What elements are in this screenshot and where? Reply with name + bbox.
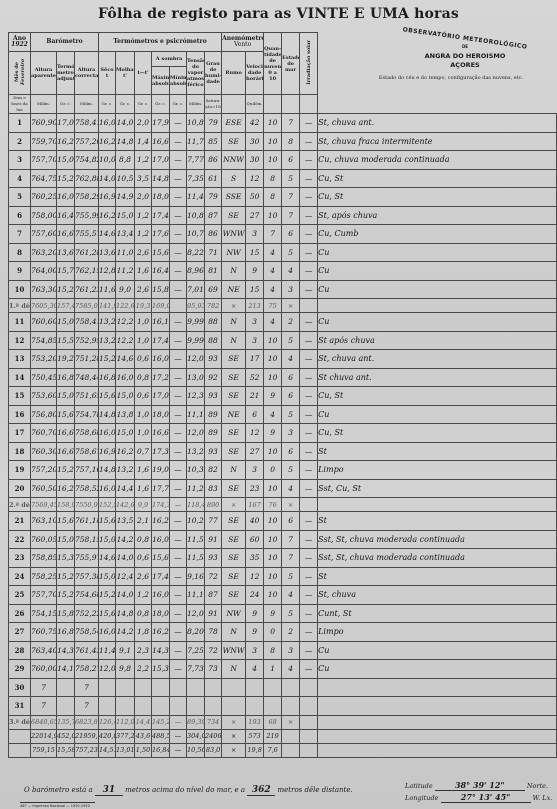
total-hum: 83,0 [205, 743, 222, 757]
cell-seco: 14,6 [99, 549, 116, 568]
cell-irr: — [300, 206, 318, 225]
cell-max: 174,3 [152, 498, 170, 512]
cell-molh: 14,8 [116, 604, 135, 623]
unit-gr: Gr. c. [116, 95, 135, 114]
cell-alt-ap: 757,70 [31, 151, 57, 170]
cell-max [152, 678, 170, 697]
cell-molh: 14,2 [116, 530, 135, 549]
cell-mar: 3 [282, 280, 300, 299]
day-number: 7 [9, 225, 31, 244]
day-row: 4764,7515,2762,8814,010,53,514,8—7,3561S… [9, 169, 557, 188]
total-molh: 377,2 [116, 729, 135, 743]
cell-mar: 7 [282, 114, 300, 133]
day-row: 8763,2013,6761,2813,611,02,615,6—8,2271N… [9, 243, 557, 262]
cell-alt-cor: 757,16 [75, 461, 99, 480]
cell-alt-ap: 760,75 [31, 623, 57, 642]
cell-tens: 9,99 [187, 331, 205, 350]
day-row: 13753,2019,2751,2815,214,60,616,0—12,029… [9, 350, 557, 369]
cell-alt-ap: 757,60 [31, 225, 57, 244]
cell-hum: 81 [205, 262, 222, 281]
unit-blank [282, 95, 300, 114]
cell-tens: 13,29 [187, 442, 205, 461]
cell-irr: — [300, 586, 318, 605]
cell-molh: 14,6 [116, 350, 135, 369]
day-number: 14 [9, 368, 31, 387]
cell-vel: 9 [246, 604, 264, 623]
cell-molh: 9,0 [116, 280, 135, 299]
decade-summary-row: 3.ª década6840,65135,76823,88126,4112,01… [9, 715, 557, 729]
day-number: 5 [9, 188, 31, 207]
cell-vel: 6 [246, 405, 264, 424]
cell-seco [99, 697, 116, 716]
cell-alt-cor: 7 [75, 697, 99, 716]
cell-alt-ap: 757,70 [31, 586, 57, 605]
cell-vel: 21 [246, 387, 264, 406]
cell-seco: 152,5 [99, 498, 116, 512]
cell-dif: 3,5 [135, 169, 152, 188]
altitude-value: 31 [95, 785, 123, 796]
cell-vel: 4 [246, 660, 264, 679]
cell-max: 17,4 [152, 567, 170, 586]
cell-alt-cor: 755,57 [75, 225, 99, 244]
total-alt-ap: 759,15 [31, 743, 57, 757]
cell-seco: 12,8 [99, 262, 116, 281]
cell-dif: 2,2 [135, 660, 152, 679]
cell-neb: 10 [264, 151, 282, 170]
day-number: 22 [9, 530, 31, 549]
cell-min: — [170, 280, 187, 299]
cell-seco: 15,0 [99, 530, 116, 549]
sea-state-header: Estado do mar [282, 33, 300, 95]
cell-seco: 141,9 [99, 299, 116, 313]
cell-vel: 52 [246, 368, 264, 387]
cell-irr: — [300, 479, 318, 498]
day-row: 9764,0015,7762,1512,811,21,616,4—8,9681N… [9, 262, 557, 281]
cell-mar: 6 [282, 151, 300, 170]
cell-seco: 15,2 [99, 586, 116, 605]
cell-max: 17,4 [152, 206, 170, 225]
cell-hum: 93 [205, 549, 222, 568]
cell-vel: 15 [246, 280, 264, 299]
cell-mar: × [282, 715, 300, 729]
day-number: 11 [9, 313, 31, 332]
cell-alt-ap: 760,70 [31, 424, 57, 443]
cell-min: — [170, 206, 187, 225]
cell-alt-ap: 7 [31, 697, 57, 716]
cell-alt-ap: 758,85 [31, 549, 57, 568]
cell-max: 16,6 [152, 132, 170, 151]
remarks-cell: St, chuva [318, 586, 557, 605]
cell-hum: 72 [205, 641, 222, 660]
cell-alt-cor: 754,78 [75, 405, 99, 424]
remarks-cell: Cunt, St [318, 604, 557, 623]
cell-alt-ap: 753,20 [31, 350, 57, 369]
remarks-cell: Cu, St [318, 387, 557, 406]
cell-tens: 8,22 [187, 243, 205, 262]
cell-molh: 14,9 [116, 188, 135, 207]
cell-rumo: WNW [222, 641, 246, 660]
cell-rumo [222, 678, 246, 697]
cell-tens: 10,29 [187, 512, 205, 531]
cell-min: — [170, 188, 187, 207]
total-dif: 1,50 [135, 743, 152, 757]
total-mar [282, 729, 300, 743]
cell-mar: 3 [282, 424, 300, 443]
cell-hum: 78 [205, 623, 222, 642]
cell-vel [246, 697, 264, 716]
cell-term: 16,8 [57, 368, 75, 387]
thermometers-group-header: Termómetros e psicrómetro [99, 33, 222, 52]
cell-min: — [170, 331, 187, 350]
cell-neb: 9 [264, 604, 282, 623]
cell-rumo: SE [222, 387, 246, 406]
cell-mar: 6 [282, 512, 300, 531]
day-row: 23758,8515,3755,9714,614,00,615,6—11,549… [9, 549, 557, 568]
cell-tens: 12,08 [187, 604, 205, 623]
cell-molh: 14,4 [116, 479, 135, 498]
cell-hum: 93 [205, 350, 222, 369]
cell-rumo: SE [222, 350, 246, 369]
remarks-cell [318, 743, 557, 757]
cell-rumo: × [222, 715, 246, 729]
cell-tens: 7,01 [187, 280, 205, 299]
day-row: 29760,0014,1758,2712,09,82,215,3—7,7373N… [9, 660, 557, 679]
remarks-cell: Cu, chuva moderada continuada [318, 151, 557, 170]
unit-gr: Gr. c. [57, 95, 75, 114]
cell-neb: 10 [264, 512, 282, 531]
day-row: 21763,1015,6761,1815,613,52,116,2—10,297… [9, 512, 557, 531]
cell-seco [99, 678, 116, 697]
cell-alt-cor: 6823,88 [75, 715, 99, 729]
cell-alt-cor: 758,41 [75, 114, 99, 133]
cell-mar: 6 [282, 368, 300, 387]
cell-molh: 13,2 [116, 461, 135, 480]
cell-dif: 1,6 [135, 461, 152, 480]
cell-min: — [170, 530, 187, 549]
cell-alt-cor: 758,29 [75, 188, 99, 207]
cell-irr [300, 299, 318, 313]
cell-irr: — [300, 641, 318, 660]
cell-alt-cor: 758,27 [75, 660, 99, 679]
remarks-cell: Cu, St [318, 424, 557, 443]
cell-neb: 4 [264, 313, 282, 332]
cell-alt-cor: 7585,03 [75, 299, 99, 313]
cell-max: 16,0 [152, 530, 170, 549]
cell-dif: 1,4 [135, 132, 152, 151]
cell-min: — [170, 567, 187, 586]
day-number: 28 [9, 641, 31, 660]
day-number: 23 [9, 549, 31, 568]
decade-summary-row: 1.ª década7605,30157,47585,03141,9122,61… [9, 299, 557, 313]
remarks-cell: St [318, 567, 557, 586]
cell-irr: — [300, 151, 318, 170]
day-number: 4 [9, 169, 31, 188]
cell-term: 15,6 [57, 512, 75, 531]
printer-mark: 467 — Imprensa Nacional — 1920-1920 [20, 802, 95, 808]
cell-neb: 1 [264, 660, 282, 679]
cell-term: 15,0 [57, 151, 75, 170]
cell-molh: 14,8 [116, 132, 135, 151]
cell-tens: 10,78 [187, 225, 205, 244]
cell-term: 19,2 [57, 350, 75, 369]
day-number: 15 [9, 387, 31, 406]
cell-alt-ap: 760,60 [31, 313, 57, 332]
cell-term: 15,0 [57, 387, 75, 406]
cell-min: — [170, 424, 187, 443]
cell-alt-cor: 758,67 [75, 442, 99, 461]
cell-seco: 13,2 [99, 313, 116, 332]
min-temp-header: Mínima absoluta [170, 67, 187, 95]
anemometer-group-header: AnemómetroVento [222, 33, 264, 52]
cell-alt-ap: 7569,45 [31, 498, 57, 512]
cell-seco: 14,6 [99, 225, 116, 244]
cell-alt-ap: 750,45 [31, 368, 57, 387]
total-irr [300, 743, 318, 757]
day-row: 11760,6015,0758,4113,212,21,016,1—9,9988… [9, 313, 557, 332]
cell-irr: — [300, 280, 318, 299]
cell-term: 15,0 [57, 313, 75, 332]
total-rumo: × [222, 743, 246, 757]
cell-alt-cor: 752,95 [75, 331, 99, 350]
cell-rumo: SE [222, 586, 246, 605]
month-header: Mês de Fevereiro [9, 52, 31, 95]
cell-alt-ap: 753,60 [31, 387, 57, 406]
day-number: 18 [9, 442, 31, 461]
cell-molh: 13,5 [116, 512, 135, 531]
cell-alt-ap: 763,10 [31, 512, 57, 531]
cell-seco: 14,0 [99, 169, 116, 188]
day-number: 24 [9, 567, 31, 586]
cell-hum: 72 [205, 567, 222, 586]
cell-hum: 93 [205, 442, 222, 461]
remarks-cell: St após chuva [318, 331, 557, 350]
observation-rows: 1760,9017,0758,4116,014,02,017,9—10,8979… [9, 114, 557, 758]
cell-dif: 0,6 [135, 549, 152, 568]
cell-hum: 79 [205, 114, 222, 133]
cell-term: 15,2 [57, 567, 75, 586]
cell-rumo: N [222, 262, 246, 281]
cell-min: — [170, 368, 187, 387]
cell-rumo: × [222, 299, 246, 313]
cell-hum: 89 [205, 405, 222, 424]
wind-speed-header: Veloci-dade horária [246, 52, 264, 95]
day-number: 10 [9, 280, 31, 299]
cell-min: — [170, 225, 187, 244]
cell-neb: 68 [264, 715, 282, 729]
cell-max: 16,1 [152, 313, 170, 332]
remarks-cell: Cu [318, 313, 557, 332]
cell-seco: 13,6 [99, 243, 116, 262]
month-total-row: 22014,90452,021959,82420,8377,243,6488,5… [9, 729, 557, 743]
remarks-cell: Cu [318, 405, 557, 424]
cell-molh: 13,8 [116, 405, 135, 424]
dry-bulb-header: Sêco t [99, 52, 116, 95]
cell-mar: 4 [282, 262, 300, 281]
cell-rumo: NW [222, 243, 246, 262]
cell-max: 16,6 [152, 424, 170, 443]
observation-table: Ano1922 Barómetro Termómetros e psicróme… [8, 32, 557, 758]
cell-mar: 4 [282, 479, 300, 498]
cell-mar: 5 [282, 331, 300, 350]
cell-rumo: SE [222, 479, 246, 498]
remarks-cell [318, 678, 557, 697]
cell-max: 18,0 [152, 188, 170, 207]
cell-rumo: NNW [222, 151, 246, 170]
cell-rumo: N [222, 623, 246, 642]
unit-gr: Gr. c. [152, 95, 170, 114]
day-row: 27760,7516,8758,5416,014,21,816,2—8,2078… [9, 623, 557, 642]
cell-term: 15,2 [57, 461, 75, 480]
cell-hum: 890 [205, 498, 222, 512]
cell-tens: 11,26 [187, 479, 205, 498]
cell-rumo: SSE [222, 188, 246, 207]
cell-alt-ap: 7 [31, 678, 57, 697]
day-row: 3757,7015,0754,8210,08,81,217,0—7,7786NN… [9, 151, 557, 170]
cell-irr: — [300, 512, 318, 531]
cell-hum: 79 [205, 188, 222, 207]
cell-rumo: SE [222, 567, 246, 586]
cell-molh: 9,1 [116, 641, 135, 660]
cell-neb: 8 [264, 641, 282, 660]
month-total-row: 759,1515,58757,2314,5113,011,5016,84—10,… [9, 743, 557, 757]
total-irr [300, 729, 318, 743]
remarks-cell: Cu [318, 641, 557, 660]
cell-max: 16,2 [152, 512, 170, 531]
cell-dif: 1,2 [135, 151, 152, 170]
cell-dif: 1,0 [135, 424, 152, 443]
cell-tens: 7,73 [187, 660, 205, 679]
cell-term: 15,3 [57, 549, 75, 568]
total-dif: 43,6 [135, 729, 152, 743]
cell-neb: 0 [264, 461, 282, 480]
cell-alt-cor: 758,68 [75, 424, 99, 443]
total-molh: 13,01 [116, 743, 135, 757]
cell-molh: 15,0 [116, 206, 135, 225]
cell-neb [264, 697, 282, 716]
cell-molh: 142,6 [116, 498, 135, 512]
day-row: 5760,2516,0758,2916,914,92,018,0—11,4179… [9, 188, 557, 207]
cell-neb: 0 [264, 623, 282, 642]
cell-vel: 3 [246, 331, 264, 350]
day-row: 6758,0016,4755,9916,215,01,217,4—10,8787… [9, 206, 557, 225]
remarks-cell: Sst, St, chuva moderada continuada [318, 530, 557, 549]
cell-alt-ap: 754,15 [31, 604, 57, 623]
cell-tens: 89,39 [187, 715, 205, 729]
cell-dif: 0,8 [135, 604, 152, 623]
cell-dif: 1,0 [135, 331, 152, 350]
register-sheet: Fôlha de registo para as VINTE E UMA hor… [0, 0, 557, 809]
cell-alt-cor: 761,28 [75, 243, 99, 262]
cell-irr: — [300, 114, 318, 133]
cell-hum: 88 [205, 331, 222, 350]
cell-irr [300, 678, 318, 697]
cell-seco: 126,4 [99, 715, 116, 729]
cell-hum: 69 [205, 280, 222, 299]
cell-vel: 30 [246, 132, 264, 151]
cell-molh: 14,0 [116, 586, 135, 605]
unit-gr: Gr. c. [170, 95, 187, 114]
cell-neb [264, 678, 282, 697]
cell-max: 14,8 [152, 169, 170, 188]
cell-max: 19,0 [152, 461, 170, 480]
cell-min [170, 697, 187, 716]
total-tens: 304,01 [187, 729, 205, 743]
cell-tens: 7,77 [187, 151, 205, 170]
max-temp-header: Máxima absoluta [152, 67, 170, 95]
day-number: 20 [9, 479, 31, 498]
cell-max: 17,0 [152, 387, 170, 406]
cell-irr: — [300, 387, 318, 406]
cloud-amount-header: Quan-tidade de nuvens 0 a 10 [264, 33, 282, 95]
cell-neb: 4 [264, 262, 282, 281]
cell-rumo: ESE [222, 114, 246, 133]
cell-dif: 2,3 [135, 641, 152, 660]
total-vel: 573 [246, 729, 264, 743]
cell-molh: 14,0 [116, 549, 135, 568]
unit-gr: Gr. c. [99, 95, 116, 114]
cell-dif: 1,6 [135, 479, 152, 498]
cell-tens: 12,09 [187, 424, 205, 443]
cell-dif: 1,2 [135, 206, 152, 225]
cell-term: 16,8 [57, 623, 75, 642]
cell-alt-cor: 757,20 [75, 132, 99, 151]
remarks-cell [318, 299, 557, 313]
remarks-cell: St [318, 442, 557, 461]
cell-alt-ap: 7605,30 [31, 299, 57, 313]
cell-seco: 16,9 [99, 442, 116, 461]
cell-neb: 10 [264, 350, 282, 369]
remarks-cell: Cu, Cumb [318, 225, 557, 244]
cell-molh: 8,8 [116, 151, 135, 170]
cell-dif: 1,0 [135, 313, 152, 332]
cell-neb: 4 [264, 280, 282, 299]
cell-max: 17,0 [152, 151, 170, 170]
cell-molh: 15,0 [116, 387, 135, 406]
cell-molh: 16,2 [116, 442, 135, 461]
cell-molh: 12,4 [116, 567, 135, 586]
cell-alt-ap: 758,25 [31, 567, 57, 586]
day-row: 16756,8015,6754,7814,813,81,018,0—11,128… [9, 405, 557, 424]
cell-rumo: SE [222, 442, 246, 461]
cell-irr: — [300, 623, 318, 642]
cell-mar: 5 [282, 461, 300, 480]
cell-dif: 14,4 [135, 715, 152, 729]
day-row: 2759,7016,2757,2016,214,81,416,6—11,7085… [9, 132, 557, 151]
cell-neb: 8 [264, 169, 282, 188]
cell-max: 14,3 [152, 641, 170, 660]
cell-rumo: SE [222, 424, 246, 443]
cell-mar: 4 [282, 350, 300, 369]
cell-min [170, 678, 187, 697]
cell-rumo: NE [222, 405, 246, 424]
cell-max: 18,0 [152, 405, 170, 424]
cell-mar: 6 [282, 387, 300, 406]
cell-neb: 10 [264, 114, 282, 133]
cell-molh: 12,2 [116, 313, 135, 332]
cell-seco: 14,8 [99, 405, 116, 424]
remarks-cell: St chuva ant. [318, 368, 557, 387]
cell-alt-cor: 748,44 [75, 368, 99, 387]
cell-rumo: N [222, 461, 246, 480]
total-hum: 2406 [205, 729, 222, 743]
apparent-height-header: Altura aparente [31, 52, 57, 95]
cell-mar: 5 [282, 169, 300, 188]
cell-neb: 4 [264, 405, 282, 424]
day-number: 8 [9, 243, 31, 262]
cell-max: 17,6 [152, 225, 170, 244]
cell-hum: 83 [205, 479, 222, 498]
cell-dif: 1,2 [135, 586, 152, 605]
